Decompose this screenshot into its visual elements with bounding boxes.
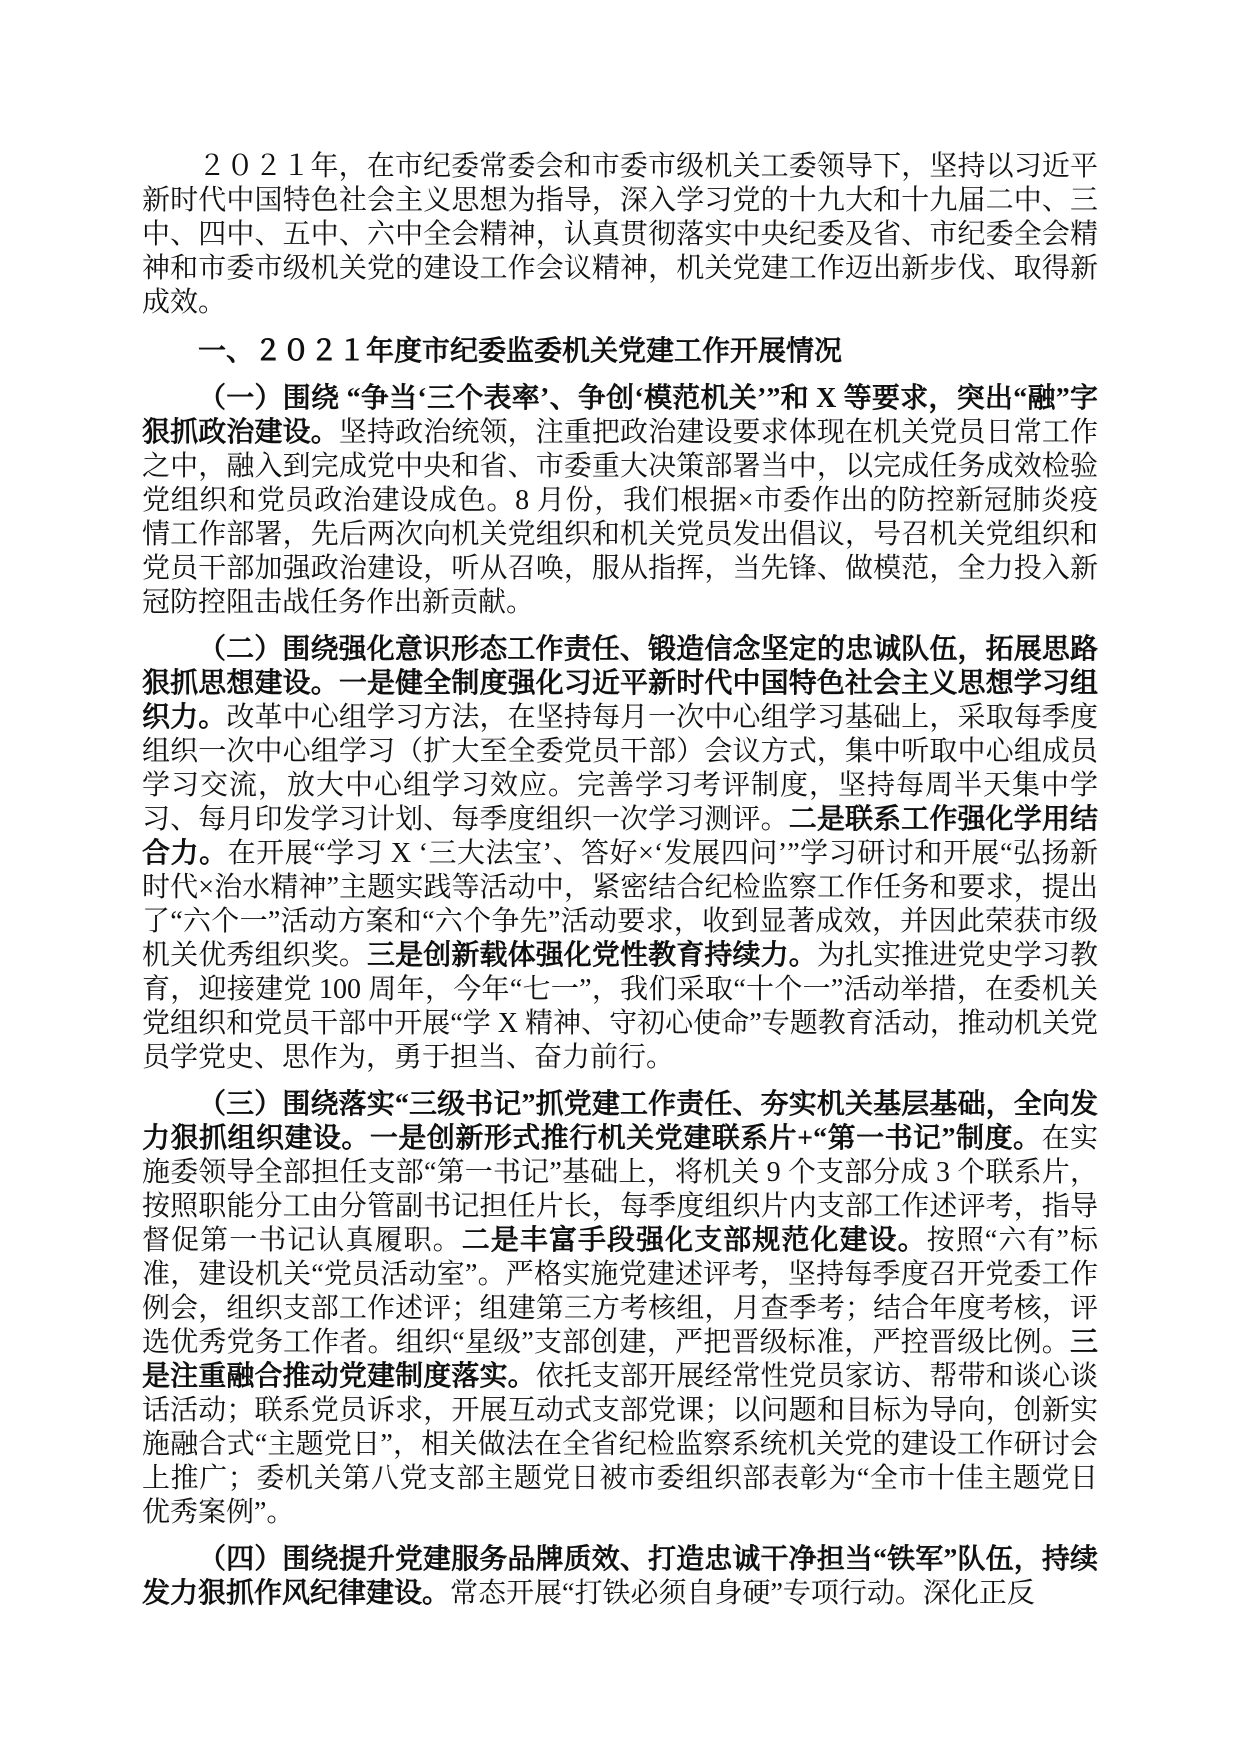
document-body: ２０２１年，在市纪委常委会和市委市级机关工委领导下，坚持以习近平新时代中国特色社… [142,150,1098,1611]
bold-text-run: 一、２０２１年度市纪委监委机关党建工作开展情况 [198,336,842,367]
paragraph: （四）围绕提升党建服务品牌质效、打造忠诚干净担当“铁军”队伍，持续发力狠抓作风纪… [142,1543,1098,1611]
bold-text-run: 二是丰富手段强化支部规范化建设。 [462,1225,927,1256]
paragraph: ２０２１年，在市纪委常委会和市委市级机关工委领导下，坚持以习近平新时代中国特色社… [142,150,1098,320]
section-heading: 一、２０２１年度市纪委监委机关党建工作开展情况 [142,335,1098,369]
text-run: 常态开展“打铁必须自身硬”专项行动。深化正反 [450,1578,1035,1609]
bold-text-run: 三是创新载体强化党性教育持续力。 [367,940,817,971]
bold-text-run: （三）围绕落实“三级书记”抓党建工作责任、夯实机关基层基础，全向发力狠抓组织建设… [142,1089,1098,1154]
paragraph: （一）围绕 “争当‘三个表率’、争创‘模范机关’”和 X 等要求，突出“融”字狠… [142,382,1098,620]
paragraph: （二）围绕强化意识形态工作责任、锻造信念坚定的忠诚队伍，拓展思路狠抓思想建设。一… [142,633,1098,1075]
text-run: ２０２１年，在市纪委常委会和市委市级机关工委领导下，坚持以习近平新时代中国特色社… [142,151,1098,318]
paragraph: （三）围绕落实“三级书记”抓党建工作责任、夯实机关基层基础，全向发力狠抓组织建设… [142,1088,1098,1530]
document-page: ２０２１年，在市纪委常委会和市委市级机关工委领导下，坚持以习近平新时代中国特色社… [0,0,1240,1754]
